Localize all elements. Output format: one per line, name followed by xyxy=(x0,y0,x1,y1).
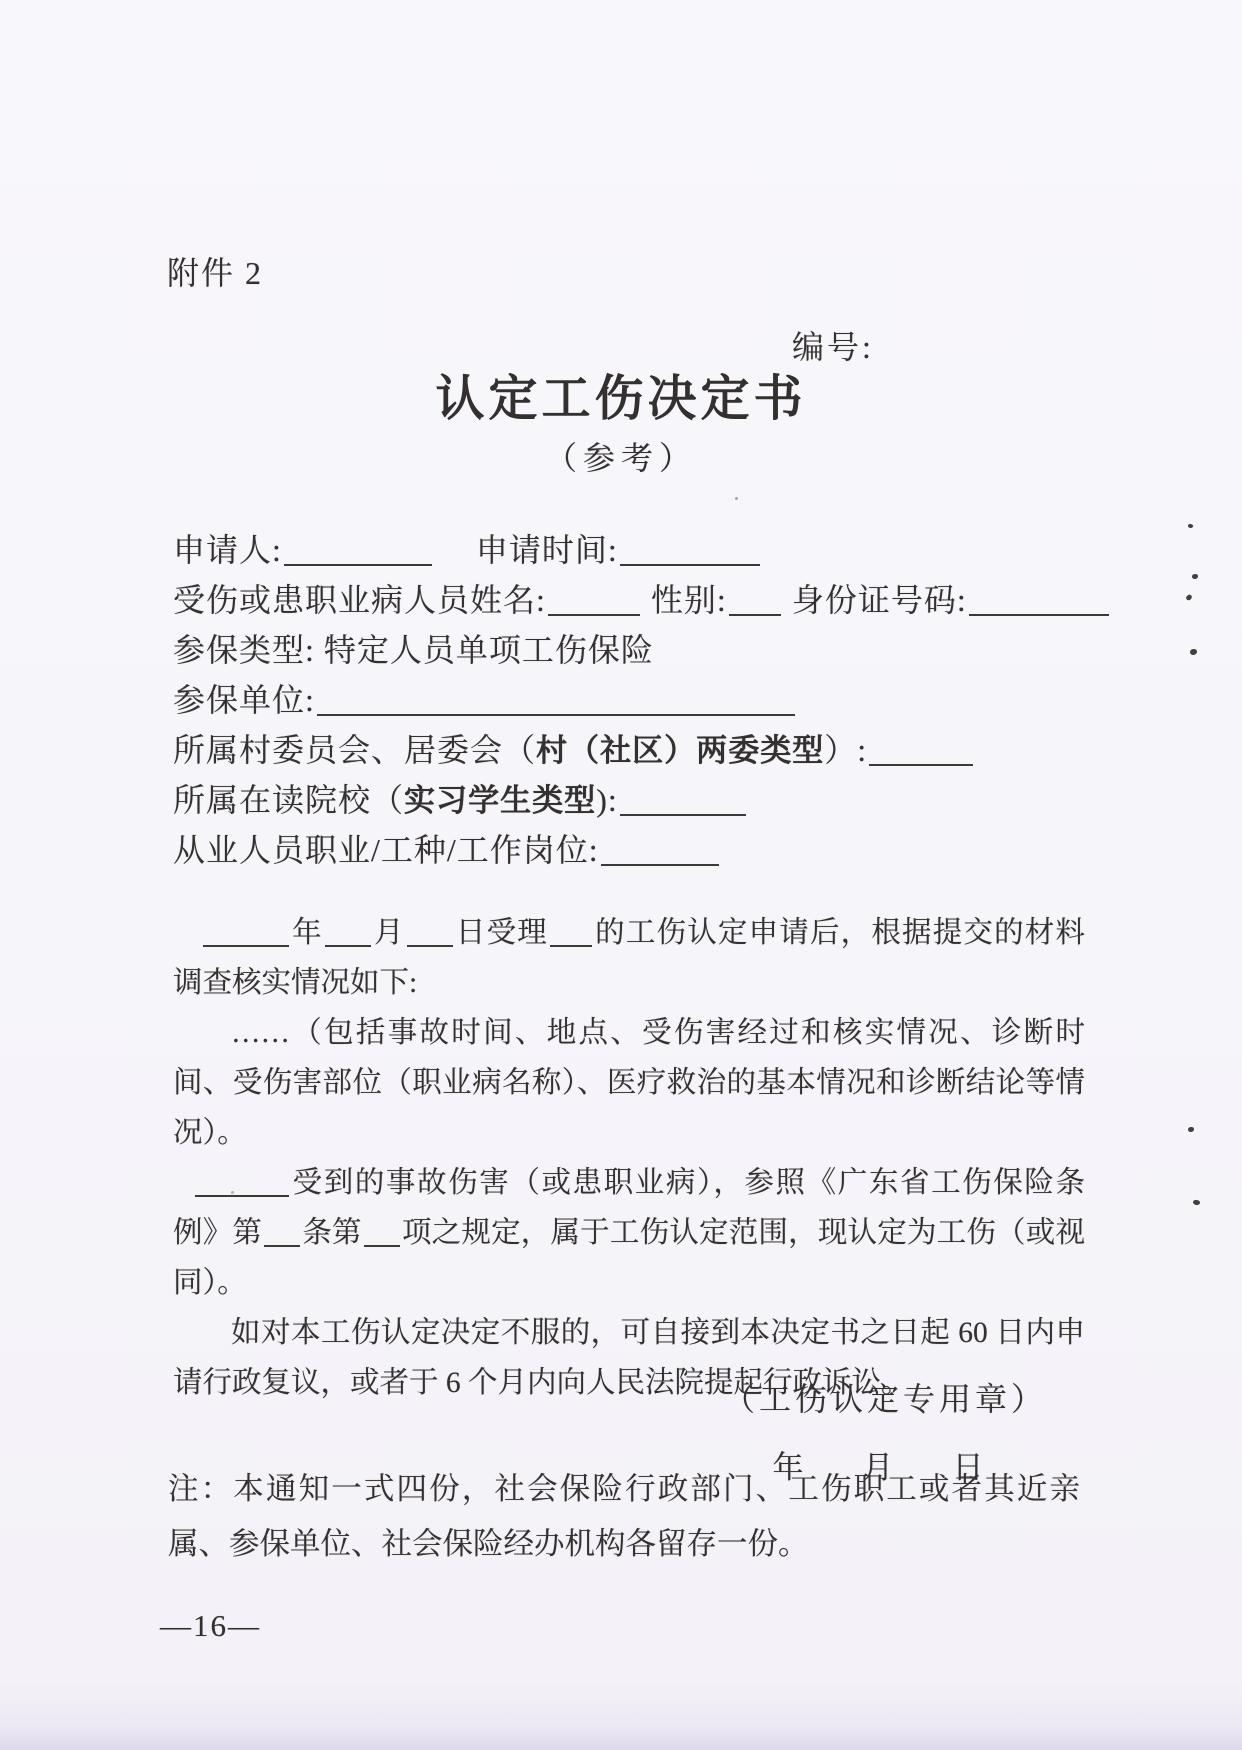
field-line-village-committee: 所属村委员会、居委会（村（社区）两委类型）: xyxy=(173,728,1183,778)
blank-underline xyxy=(407,940,453,947)
text-segment: 参保单位: xyxy=(173,682,315,718)
bold-text-segment: 村（社区）两委类型 xyxy=(536,733,824,768)
text-segment: 月 xyxy=(373,917,405,949)
body-paragraphs: 年月日受理的工伤认定申请后，根据提交的材料调查核实情况如下: ……（包括事故时间… xyxy=(173,908,1085,1408)
blank-underline xyxy=(550,940,592,947)
stamp-note: （工伤认定专用章） xyxy=(660,1374,1110,1420)
blank-underline xyxy=(969,609,1109,616)
text-segment: ): xyxy=(596,782,618,818)
text-segment: 参保类型: 特定人员单项工伤保险 xyxy=(173,632,654,668)
text-segment: 年 xyxy=(291,917,323,949)
scanned-document-page: 附件 2 编号: 认定工伤决定书 （参考） 申请人: 申请时间: 受伤或患职业病… xyxy=(0,0,1242,1750)
document-subtitle: （参考） xyxy=(0,433,1242,479)
blank-underline xyxy=(203,940,289,947)
attachment-label: 附件 2 xyxy=(167,248,263,294)
bold-text-segment: 实习学生类型 xyxy=(404,783,596,818)
scan-speck xyxy=(1192,1199,1200,1206)
blank-underline xyxy=(317,709,795,716)
text-segment: 受伤或患职业病人员姓名: xyxy=(173,582,546,618)
text-segment: 身份证号码: xyxy=(783,582,967,618)
text-segment: 所属在读院校（ xyxy=(173,782,404,818)
blank-underline xyxy=(869,759,973,766)
form-fields: 申请人: 申请时间: 受伤或患职业病人员姓名: 性别: 身份证号码: 参保类型:… xyxy=(173,528,1183,878)
field-line-school: 所属在读院校（实习学生类型): xyxy=(173,778,1183,828)
paragraph-acceptance: 年月日受理的工伤认定申请后，根据提交的材料调查核实情况如下: xyxy=(173,908,1085,1008)
text-segment: 日受理 xyxy=(455,917,548,949)
blank-underline xyxy=(195,1190,289,1197)
text-segment: 申请时间: xyxy=(434,532,618,568)
text-segment: 所属村委员会、居委会（ xyxy=(173,732,536,768)
scan-speck xyxy=(735,497,738,500)
paragraph-investigation-detail: ……（包括事故时间、地点、受伤害经过和核实情况、诊断时间、受伤害部位（职业病名称… xyxy=(173,1008,1085,1158)
scan-speck xyxy=(1190,649,1197,655)
blank-underline xyxy=(729,609,781,616)
paragraph-determination: 受到的事故伤害（或患职业病），参照《广东省工伤保险条例》第条第项之规定，属于工伤… xyxy=(173,1158,1085,1308)
field-line-insured-unit: 参保单位: xyxy=(173,678,1183,728)
blank-underline xyxy=(264,1240,300,1247)
scan-speck xyxy=(1192,574,1198,579)
page-number: —16— xyxy=(160,1608,261,1644)
text-segment: 申请人: xyxy=(173,532,282,568)
text-segment: 性别: xyxy=(642,582,727,618)
scan-speck xyxy=(1187,523,1193,529)
text-segment: 条第 xyxy=(302,1217,362,1249)
field-line-insurance-type: 参保类型: 特定人员单项工伤保险 xyxy=(173,628,1183,678)
text-segment: ）: xyxy=(824,732,867,768)
blank-underline xyxy=(620,559,760,566)
text-segment: ……（包括事故时间、地点、受伤害经过和核实情况、诊断时间、受伤害部位（职业病名称… xyxy=(173,1017,1085,1149)
blank-underline xyxy=(325,940,371,947)
blank-underline xyxy=(548,609,640,616)
blank-underline xyxy=(601,859,719,866)
blank-underline xyxy=(620,809,746,816)
blank-underline xyxy=(364,1240,400,1247)
field-line-injured-person: 受伤或患职业病人员姓名: 性别: 身份证号码: xyxy=(173,578,1183,628)
document-title: 认定工伤决定书 xyxy=(0,360,1242,430)
footer-note: 注：本通知一式四份，社会保险行政部门、工伤职工或者其近亲属、参保单位、社会保险经… xyxy=(168,1462,1080,1572)
scan-speck xyxy=(1188,1127,1194,1132)
text-segment: 从业人员职业/工种/工作岗位: xyxy=(173,832,599,868)
field-line-applicant: 申请人: 申请时间: xyxy=(173,528,1183,578)
field-line-occupation: 从业人员职业/工种/工作岗位: xyxy=(173,828,1183,878)
blank-underline xyxy=(284,559,432,566)
scan-speck xyxy=(1185,594,1193,601)
